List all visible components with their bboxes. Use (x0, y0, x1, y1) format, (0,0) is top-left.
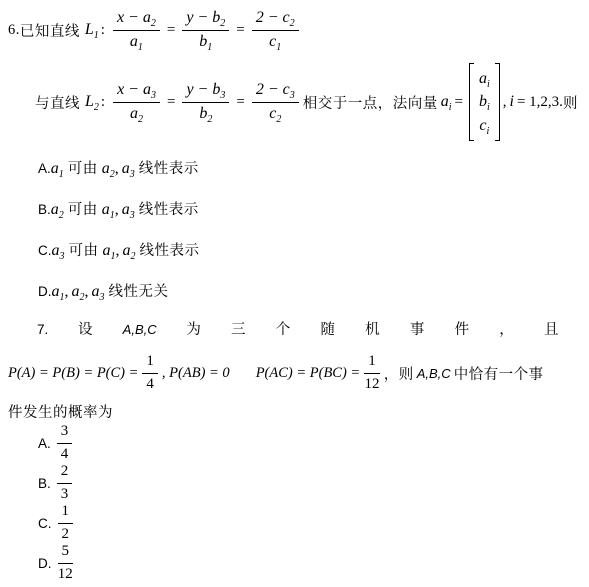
fraction: 5 12 (58, 543, 74, 583)
vector-symbol: a2 (102, 160, 115, 177)
comma: , (115, 160, 119, 177)
fraction-denominator: 4 (146, 374, 154, 393)
event-variables: A,B,C (123, 322, 157, 337)
exam-page: 6. 已知直线 L1 : x − a2 a1 = y − b2 b1 = 2 −… (0, 0, 589, 587)
fraction-denominator: a2 (130, 103, 143, 123)
fraction-denominator: 12 (364, 374, 379, 393)
q7-stem-line-1: 7. 设 A,B,C 为 三 个 随 机 事 件 ， 且 (37, 318, 559, 340)
fraction-numerator: 2 − c2 (252, 9, 299, 30)
comma: , (115, 201, 119, 218)
fraction: 1 4 (142, 353, 158, 393)
fraction: x − a3 a2 (113, 81, 160, 123)
q7-number: 7. (37, 322, 48, 337)
option-mid-text: 可由 (68, 202, 98, 218)
comma: , (503, 94, 507, 111)
option-tail-text: 线性无关 (109, 284, 169, 300)
colon: : (101, 22, 105, 39)
vector-symbol: a2 (123, 242, 136, 259)
fraction-numerator: 1 (364, 353, 380, 373)
fraction: 2 − c2 c1 (252, 9, 299, 51)
question-6: 6. 已知直线 L1 : x − a2 a1 = y − b2 b1 = 2 −… (8, 6, 581, 302)
option-label: A. (38, 436, 51, 451)
fraction-denominator: 3 (61, 484, 69, 503)
vector-symbol: a3 (52, 242, 65, 259)
fraction-denominator: c1 (269, 31, 281, 51)
q6-option-a: A.a1可由a2,a3线性表示 (38, 159, 581, 179)
fraction-numerator: y − b2 (182, 9, 229, 30)
fraction: x − a2 a1 (113, 9, 160, 51)
fraction: 2 − c3 c2 (252, 81, 299, 123)
vector-symbol: a3 (122, 160, 135, 177)
vector-symbol: a1 (103, 242, 116, 259)
probability-equation: P(A) = P(B) = P(C) = (8, 365, 138, 382)
fraction: 2 3 (57, 463, 73, 503)
fraction: 3 4 (57, 423, 73, 463)
fraction-denominator: b2 (199, 103, 212, 123)
line-symbol-L1: L1 (85, 21, 99, 39)
vector-symbol: a1 (51, 160, 64, 177)
q6-number: 6. (8, 22, 20, 39)
fraction-numerator: x − a3 (113, 81, 160, 102)
fraction: 1 2 (58, 503, 74, 543)
q6-intro-text: 已知直线 (20, 20, 80, 41)
q7-option-b: B. 2 3 (38, 463, 581, 503)
q7-probability-line: P(A) = P(B) = P(C) = 1 4 , P(AB) = 0 P(A… (8, 349, 581, 397)
fraction-denominator: b1 (199, 31, 212, 51)
fraction-numerator: 2 (57, 463, 73, 483)
option-label: D. (38, 284, 52, 299)
vector-entry: ci (479, 114, 490, 137)
fraction-denominator: a1 (130, 31, 143, 51)
vector-entries: ai bi ci (474, 63, 495, 141)
index-values: = 1,2,3. (517, 94, 563, 111)
fraction-denominator: c2 (269, 103, 281, 123)
line-symbol-L2: L2 (85, 93, 99, 111)
comma: , (65, 283, 69, 300)
option-label: C. (38, 516, 52, 531)
option-tail-text: 线性表示 (139, 161, 199, 177)
event-variables: A,B,C (417, 366, 451, 381)
q7-option-a: A. 3 4 (38, 423, 581, 463)
vector-symbol: a3 (92, 283, 105, 300)
q7-option-c: C. 1 2 (38, 503, 581, 543)
equals-sign: = (236, 22, 244, 39)
equals-sign: = (236, 94, 244, 111)
fraction: 1 12 (364, 353, 380, 393)
q6-option-b: B.a2可由a1,a3线性表示 (38, 200, 581, 220)
q6-stem-line-2: 与直线 L2 : x − a3 a2 = y − b3 b2 = 2 − c3 … (35, 63, 581, 141)
vector-symbol: a1 (52, 283, 65, 300)
option-label: B. (38, 202, 51, 217)
vector-symbol: a2 (51, 201, 64, 218)
fraction-denominator: 2 (62, 524, 70, 543)
q6-intersect-text: 相交于一点，法向量 (303, 92, 438, 113)
probability-equation: P(AC) = P(BC) = (256, 365, 361, 382)
q7-stem-text: 中恰有一个事 (454, 363, 544, 384)
q7-stem-wrap-line: 件发生的概率为 (8, 401, 581, 421)
index-variable: i (510, 93, 514, 111)
q7-option-d: D. 5 12 (38, 543, 581, 583)
q7-then-text: ，则 (384, 363, 414, 384)
comma: , (116, 242, 120, 259)
option-label: C. (38, 243, 52, 258)
q6-option-c: C.a3可由a1,a2线性表示 (38, 241, 581, 261)
q6-option-d: D.a1,a2,a3线性无关 (38, 282, 581, 302)
option-mid-text: 可由 (69, 243, 99, 259)
option-label: A. (38, 161, 51, 176)
vector-entry: bi (479, 90, 490, 113)
fraction: y − b3 b2 (182, 81, 229, 123)
fraction-numerator: 5 (58, 543, 74, 563)
vector-symbol: a3 (122, 201, 135, 218)
fraction-numerator: 1 (58, 503, 74, 523)
equals-sign: = (167, 94, 175, 111)
vector-symbol: a2 (72, 283, 85, 300)
q6-with-line-text: 与直线 (35, 92, 80, 113)
fraction-denominator: 4 (61, 444, 69, 463)
q6-stem-line-1: 6. 已知直线 L1 : x − a2 a1 = y − b2 b1 = 2 −… (8, 6, 581, 54)
probability-equation: , P(AB) = 0 (162, 365, 230, 382)
question-7: 7. 设 A,B,C 为 三 个 随 机 事 件 ， 且 P(A) = P(B)… (8, 318, 581, 583)
vector-symbol: a1 (102, 201, 115, 218)
normal-vector-symbol: ai (441, 93, 452, 111)
fraction-numerator: 2 − c3 (252, 81, 299, 102)
equals-sign: = (455, 94, 463, 111)
vector-right-bracket (495, 63, 500, 141)
colon: : (101, 94, 105, 111)
fraction-numerator: 3 (57, 423, 73, 443)
vector-entry: ai (479, 67, 490, 90)
option-label: B. (38, 476, 51, 491)
option-tail-text: 线性表示 (140, 243, 200, 259)
equals-sign: = (167, 22, 175, 39)
option-mid-text: 可由 (68, 161, 98, 177)
option-label: D. (38, 556, 52, 571)
fraction-numerator: y − b3 (182, 81, 229, 102)
column-vector: ai bi ci (469, 63, 500, 141)
fraction: y − b2 b1 (182, 9, 229, 51)
comma: , (85, 283, 89, 300)
q6-then-text: 则 (563, 92, 578, 113)
fraction-denominator: 12 (58, 564, 73, 583)
option-tail-text: 线性表示 (139, 202, 199, 218)
fraction-numerator: x − a2 (113, 9, 160, 30)
fraction-numerator: 1 (142, 353, 158, 373)
